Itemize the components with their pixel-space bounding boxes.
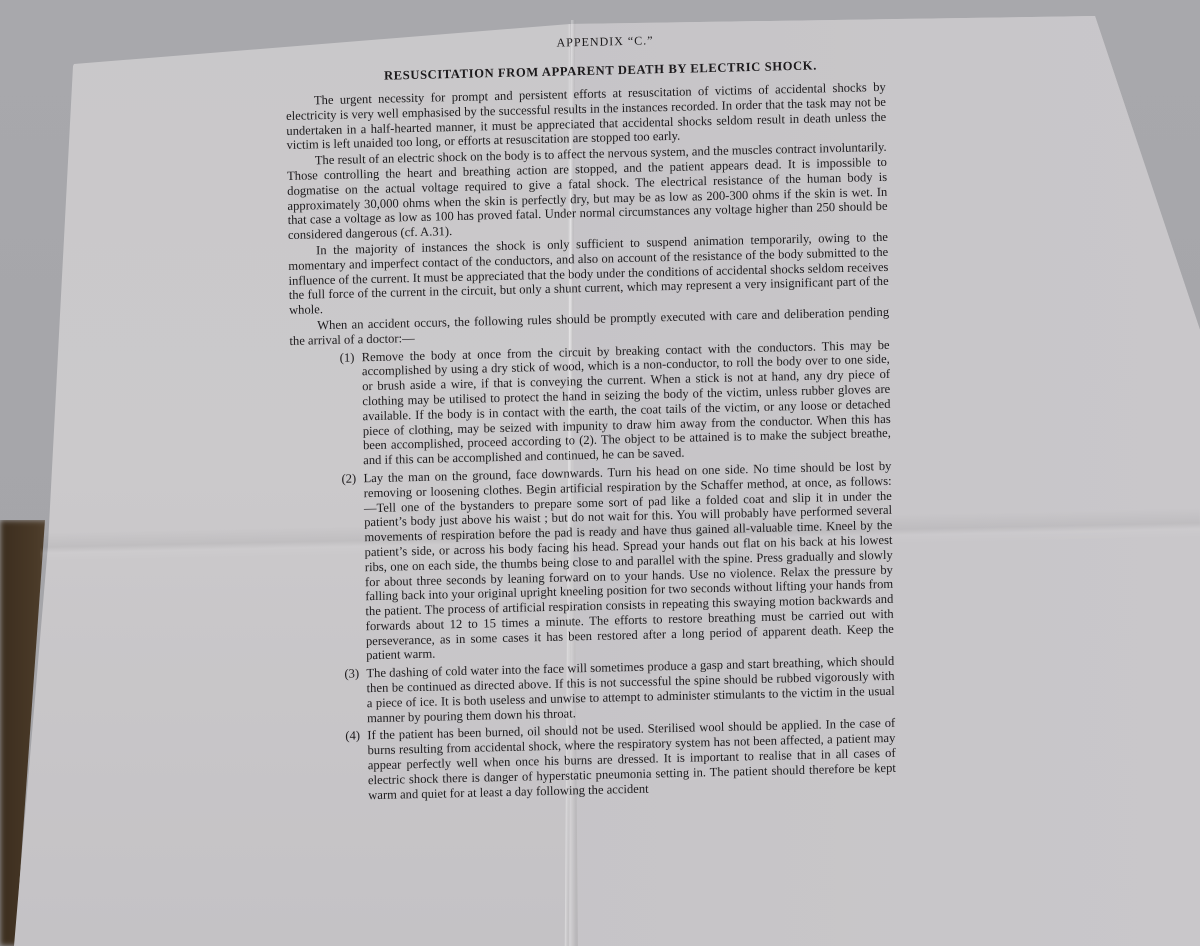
rule-number: (1) [340, 350, 364, 469]
rule-item: (4) If the patient has been burned, oil … [345, 716, 896, 803]
appendix-label: APPENDIX “C.” [325, 28, 885, 56]
rule-text: The dashing of cold water into the face … [366, 654, 895, 726]
rule-item: (3) The dashing of cold water into the f… [344, 654, 895, 726]
rules-list: (1) Remove the body at once from the cir… [290, 337, 897, 804]
rule-number: (2) [341, 471, 366, 664]
rule-number: (4) [345, 729, 368, 803]
rule-text: Lay the man on the ground, face downward… [363, 459, 894, 664]
paragraph-shock-effects: The result of an electric shock on the b… [287, 140, 888, 243]
rule-text: Remove the body at once from the circuit… [362, 337, 892, 468]
rule-item: (1) Remove the body at once from the cir… [340, 337, 892, 468]
rule-text: If the patient has been burned, oil shou… [367, 716, 896, 802]
document-body: APPENDIX “C.” RESUSCITATION FROM APPAREN… [285, 26, 896, 808]
rule-item: (2) Lay the man on the ground, face down… [341, 459, 894, 664]
paragraph-majority-instances: In the majority of instances the shock i… [288, 230, 889, 318]
rule-number: (3) [344, 667, 367, 727]
